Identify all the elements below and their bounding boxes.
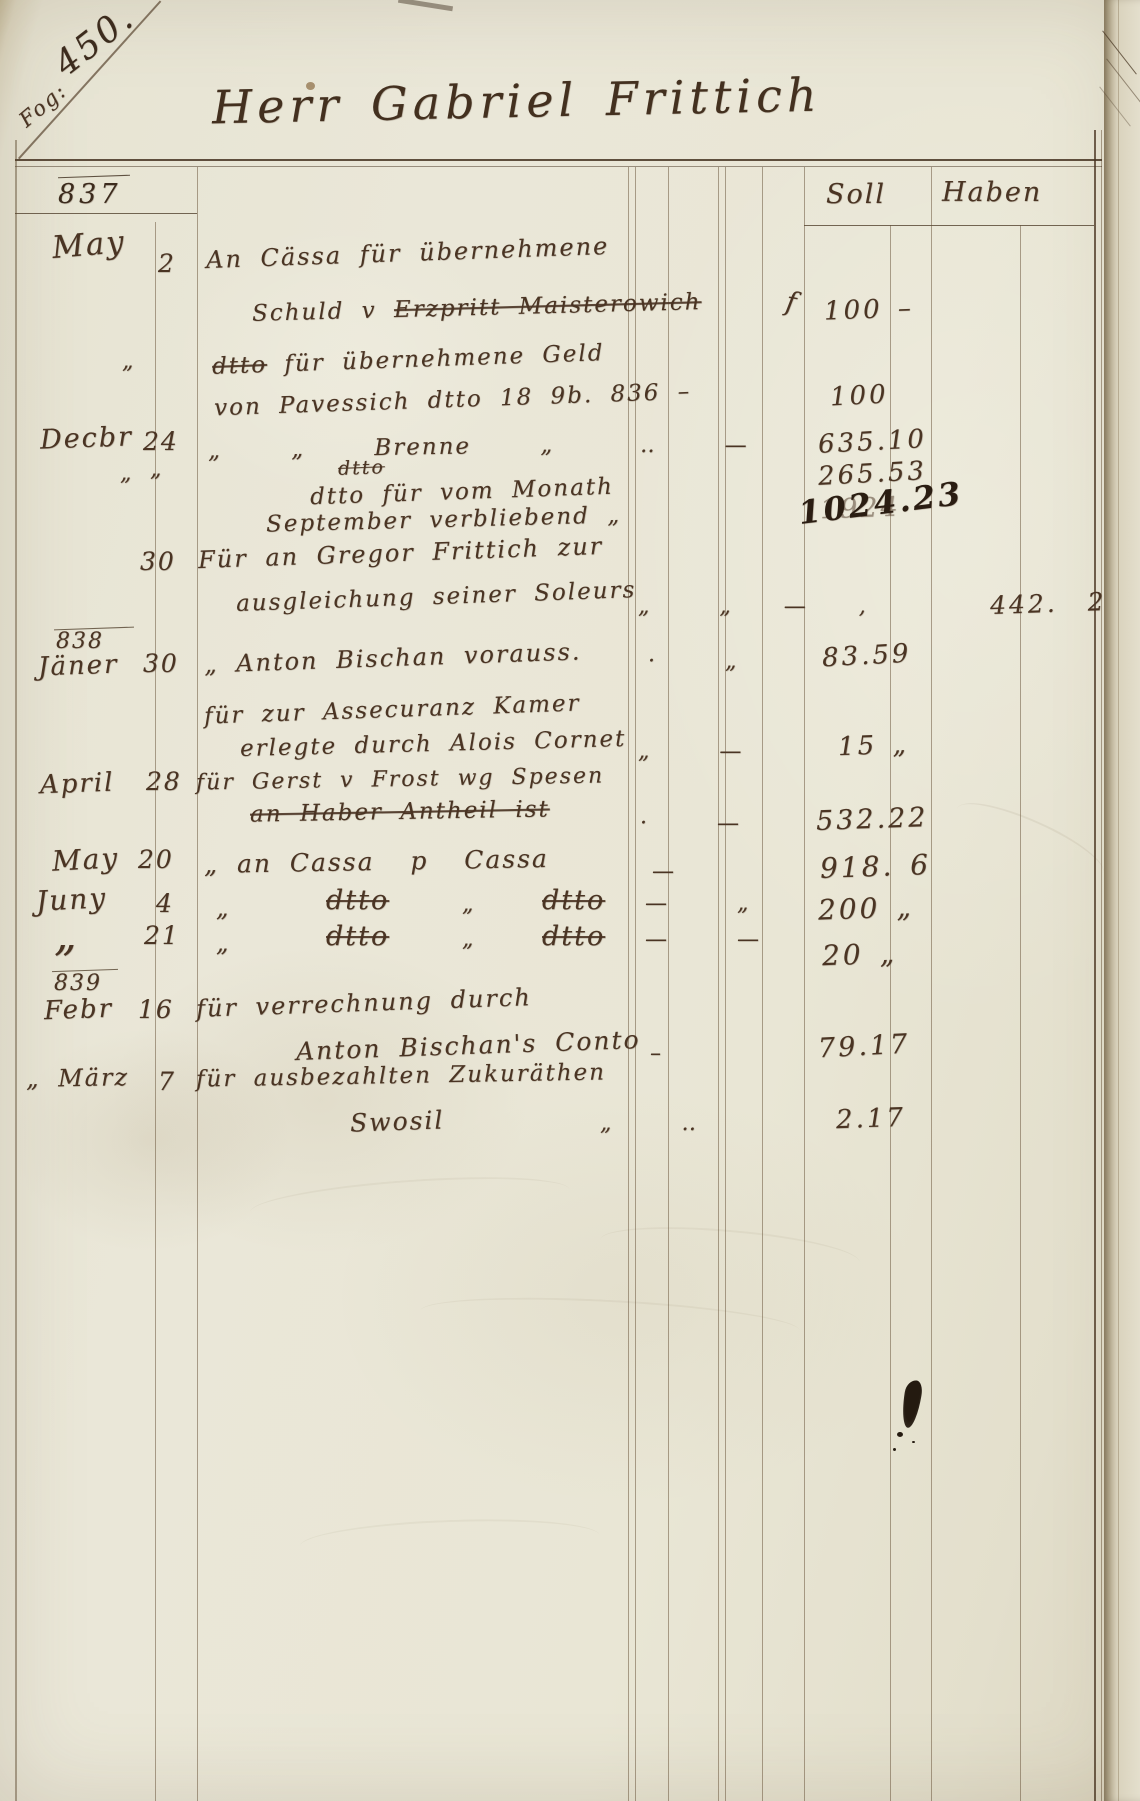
top-edge-mark xyxy=(398,0,453,11)
haben-kreuzer-rule xyxy=(1020,225,1021,1801)
entry-day: 21 xyxy=(144,922,180,950)
entry-day: „ xyxy=(150,458,163,482)
column-header-haben: Haben xyxy=(942,178,1042,208)
ditto-mark: „ xyxy=(216,895,230,921)
entry-day: 20 xyxy=(138,846,174,874)
soll-amount: 635.10 xyxy=(817,425,927,459)
page-edge-rule xyxy=(1118,0,1119,1801)
entry-text: von Pavessich dtto 18 9b. 836 – xyxy=(214,380,692,422)
page-title: Herr Gabriel Frittich xyxy=(212,70,822,133)
entry-day: 28 xyxy=(146,768,182,796)
entry-month: May xyxy=(51,843,120,877)
ditto-struck: dtto xyxy=(542,922,605,952)
column-marks: – xyxy=(650,1042,663,1066)
page-border-left xyxy=(15,140,17,1801)
page-border-right xyxy=(1094,130,1096,1801)
column-marks: · „ xyxy=(648,650,738,674)
entry-day: 7 xyxy=(158,1068,176,1096)
ditto-mark: „ xyxy=(462,928,475,952)
soll-amount: 100 xyxy=(829,380,889,412)
bleed-through xyxy=(249,1169,571,1233)
column-marks: ‥ — xyxy=(640,434,749,458)
column-marks: „ „ — , xyxy=(638,595,868,619)
entry-month: „ xyxy=(54,912,79,960)
year-overline xyxy=(58,175,130,179)
entry-month: Febr xyxy=(44,995,114,1026)
desc-end-rule xyxy=(628,167,629,1801)
ditto-struck: dtto xyxy=(542,886,605,916)
date-desc-divider xyxy=(197,167,198,1801)
soll-amount: 100 – xyxy=(824,294,915,326)
entry-text: dtto für übernehmene Geld xyxy=(212,341,605,380)
column-header-soll: Soll xyxy=(826,180,886,210)
soll-amount: 918. 6 xyxy=(819,850,931,885)
ink-blot xyxy=(899,1379,923,1429)
entry-text-struck: an Haber Antheil ist xyxy=(250,797,550,828)
folio-prefix: Fog: xyxy=(15,79,72,132)
next-page-edge xyxy=(1104,0,1140,1801)
entry-text: für verrechnung durch xyxy=(196,984,533,1022)
ditto-struck: dtto xyxy=(326,886,389,916)
entry-text-struck: Erzpritt Maisterowich xyxy=(394,289,702,323)
header-underline-left xyxy=(15,213,197,214)
soll-amount: 2.17 xyxy=(836,1104,907,1135)
narrow-col-rule-4 xyxy=(762,167,763,1801)
soll-amount: 200 „ xyxy=(817,892,914,926)
desc-end-rule-2 xyxy=(635,167,636,1801)
entry-text: An Cässa für übernehmene xyxy=(206,233,610,273)
entry-month: April xyxy=(40,769,115,800)
entry-month: „ xyxy=(120,462,133,486)
ink-blot-speck xyxy=(893,1448,896,1451)
entry-year: 839 xyxy=(54,972,102,996)
haben-amount: 442. 2 xyxy=(990,588,1107,620)
entry-day: 30 xyxy=(143,650,179,678)
bleed-through xyxy=(599,1219,862,1284)
soll-amount: 83.59 xyxy=(821,640,912,673)
entry-text: Swosil xyxy=(350,1106,445,1137)
paper-fleck xyxy=(306,82,315,90)
soll-amount: 532.22 xyxy=(816,803,929,837)
entry-text: „ an Cassa p Cassa xyxy=(204,845,549,879)
entry-text: „ Anton Bischan vorauss. xyxy=(204,638,582,678)
entry-day: 16 xyxy=(138,996,174,1024)
entry-month: „ xyxy=(122,350,135,374)
soll-column-rule xyxy=(804,167,805,1801)
entry-text-part: für übernehmene Geld xyxy=(267,340,605,378)
column-marks: „ ‥ xyxy=(600,1112,698,1136)
entry-month: Jäner xyxy=(38,651,119,682)
ditto-struck: dtto xyxy=(338,457,386,480)
soll-amount: 20 „ xyxy=(821,939,897,972)
entry-text: ausgleichung seiner Soleurs xyxy=(236,578,637,617)
entry-month: „ März xyxy=(26,1064,130,1092)
entry-text: erlegte durch Alois Cornet xyxy=(240,727,627,762)
entry-text: für Gerst v Frost wg Spesen xyxy=(196,764,605,795)
narrow-col-rule xyxy=(668,167,669,1801)
soll-amount: 15 „ xyxy=(838,731,910,762)
column-marks: — xyxy=(652,860,676,884)
entry-month: May xyxy=(51,225,127,265)
narrow-col-rule-2 xyxy=(718,167,719,1801)
ledger-page: Fog: 450. Herr Gabriel Frittich 837 Soll… xyxy=(0,0,1140,1801)
ink-blot-speck xyxy=(912,1441,915,1443)
column-marks: — — xyxy=(645,928,761,952)
entry-text: für zur Assecuranz Kamer xyxy=(204,691,581,729)
header-underline-right xyxy=(804,225,1094,226)
ditto-mark: „ xyxy=(462,893,475,917)
entry-day: 30 xyxy=(140,548,176,576)
ditto-struck: dtto xyxy=(326,922,389,952)
bleed-through xyxy=(419,1290,801,1352)
soll-amount: 79.17 xyxy=(817,1030,911,1064)
column-marks: „ — xyxy=(638,740,743,764)
narrow-col-rule-3 xyxy=(725,167,726,1801)
title-rule xyxy=(15,159,1102,161)
entry-text: Für an Gregor Frittich zur xyxy=(198,533,604,574)
bleed-through xyxy=(299,1515,600,1567)
entry-text-part: Schuld v xyxy=(252,297,395,327)
ink-blot-speck xyxy=(897,1432,903,1437)
haben-column-rule xyxy=(931,167,932,1801)
ditto-struck: dtto xyxy=(212,352,268,380)
entry-text: für ausbezahlten Zukuräthen xyxy=(196,1060,606,1092)
column-marks: — „ xyxy=(645,892,750,916)
ditto-mark: „ xyxy=(216,930,230,956)
bleed-through xyxy=(948,789,1111,892)
entry-month: Decbr xyxy=(40,422,134,455)
currency-mark: f xyxy=(784,287,801,318)
entry-day: 2 xyxy=(158,250,176,278)
column-marks: · — xyxy=(640,812,741,836)
title-rule-inner xyxy=(15,166,1102,167)
year-label: 837 xyxy=(58,180,122,210)
page-border-right-inner xyxy=(1101,130,1102,1801)
entry-day: 4 xyxy=(156,890,174,918)
entry-day: 24 xyxy=(143,428,179,456)
